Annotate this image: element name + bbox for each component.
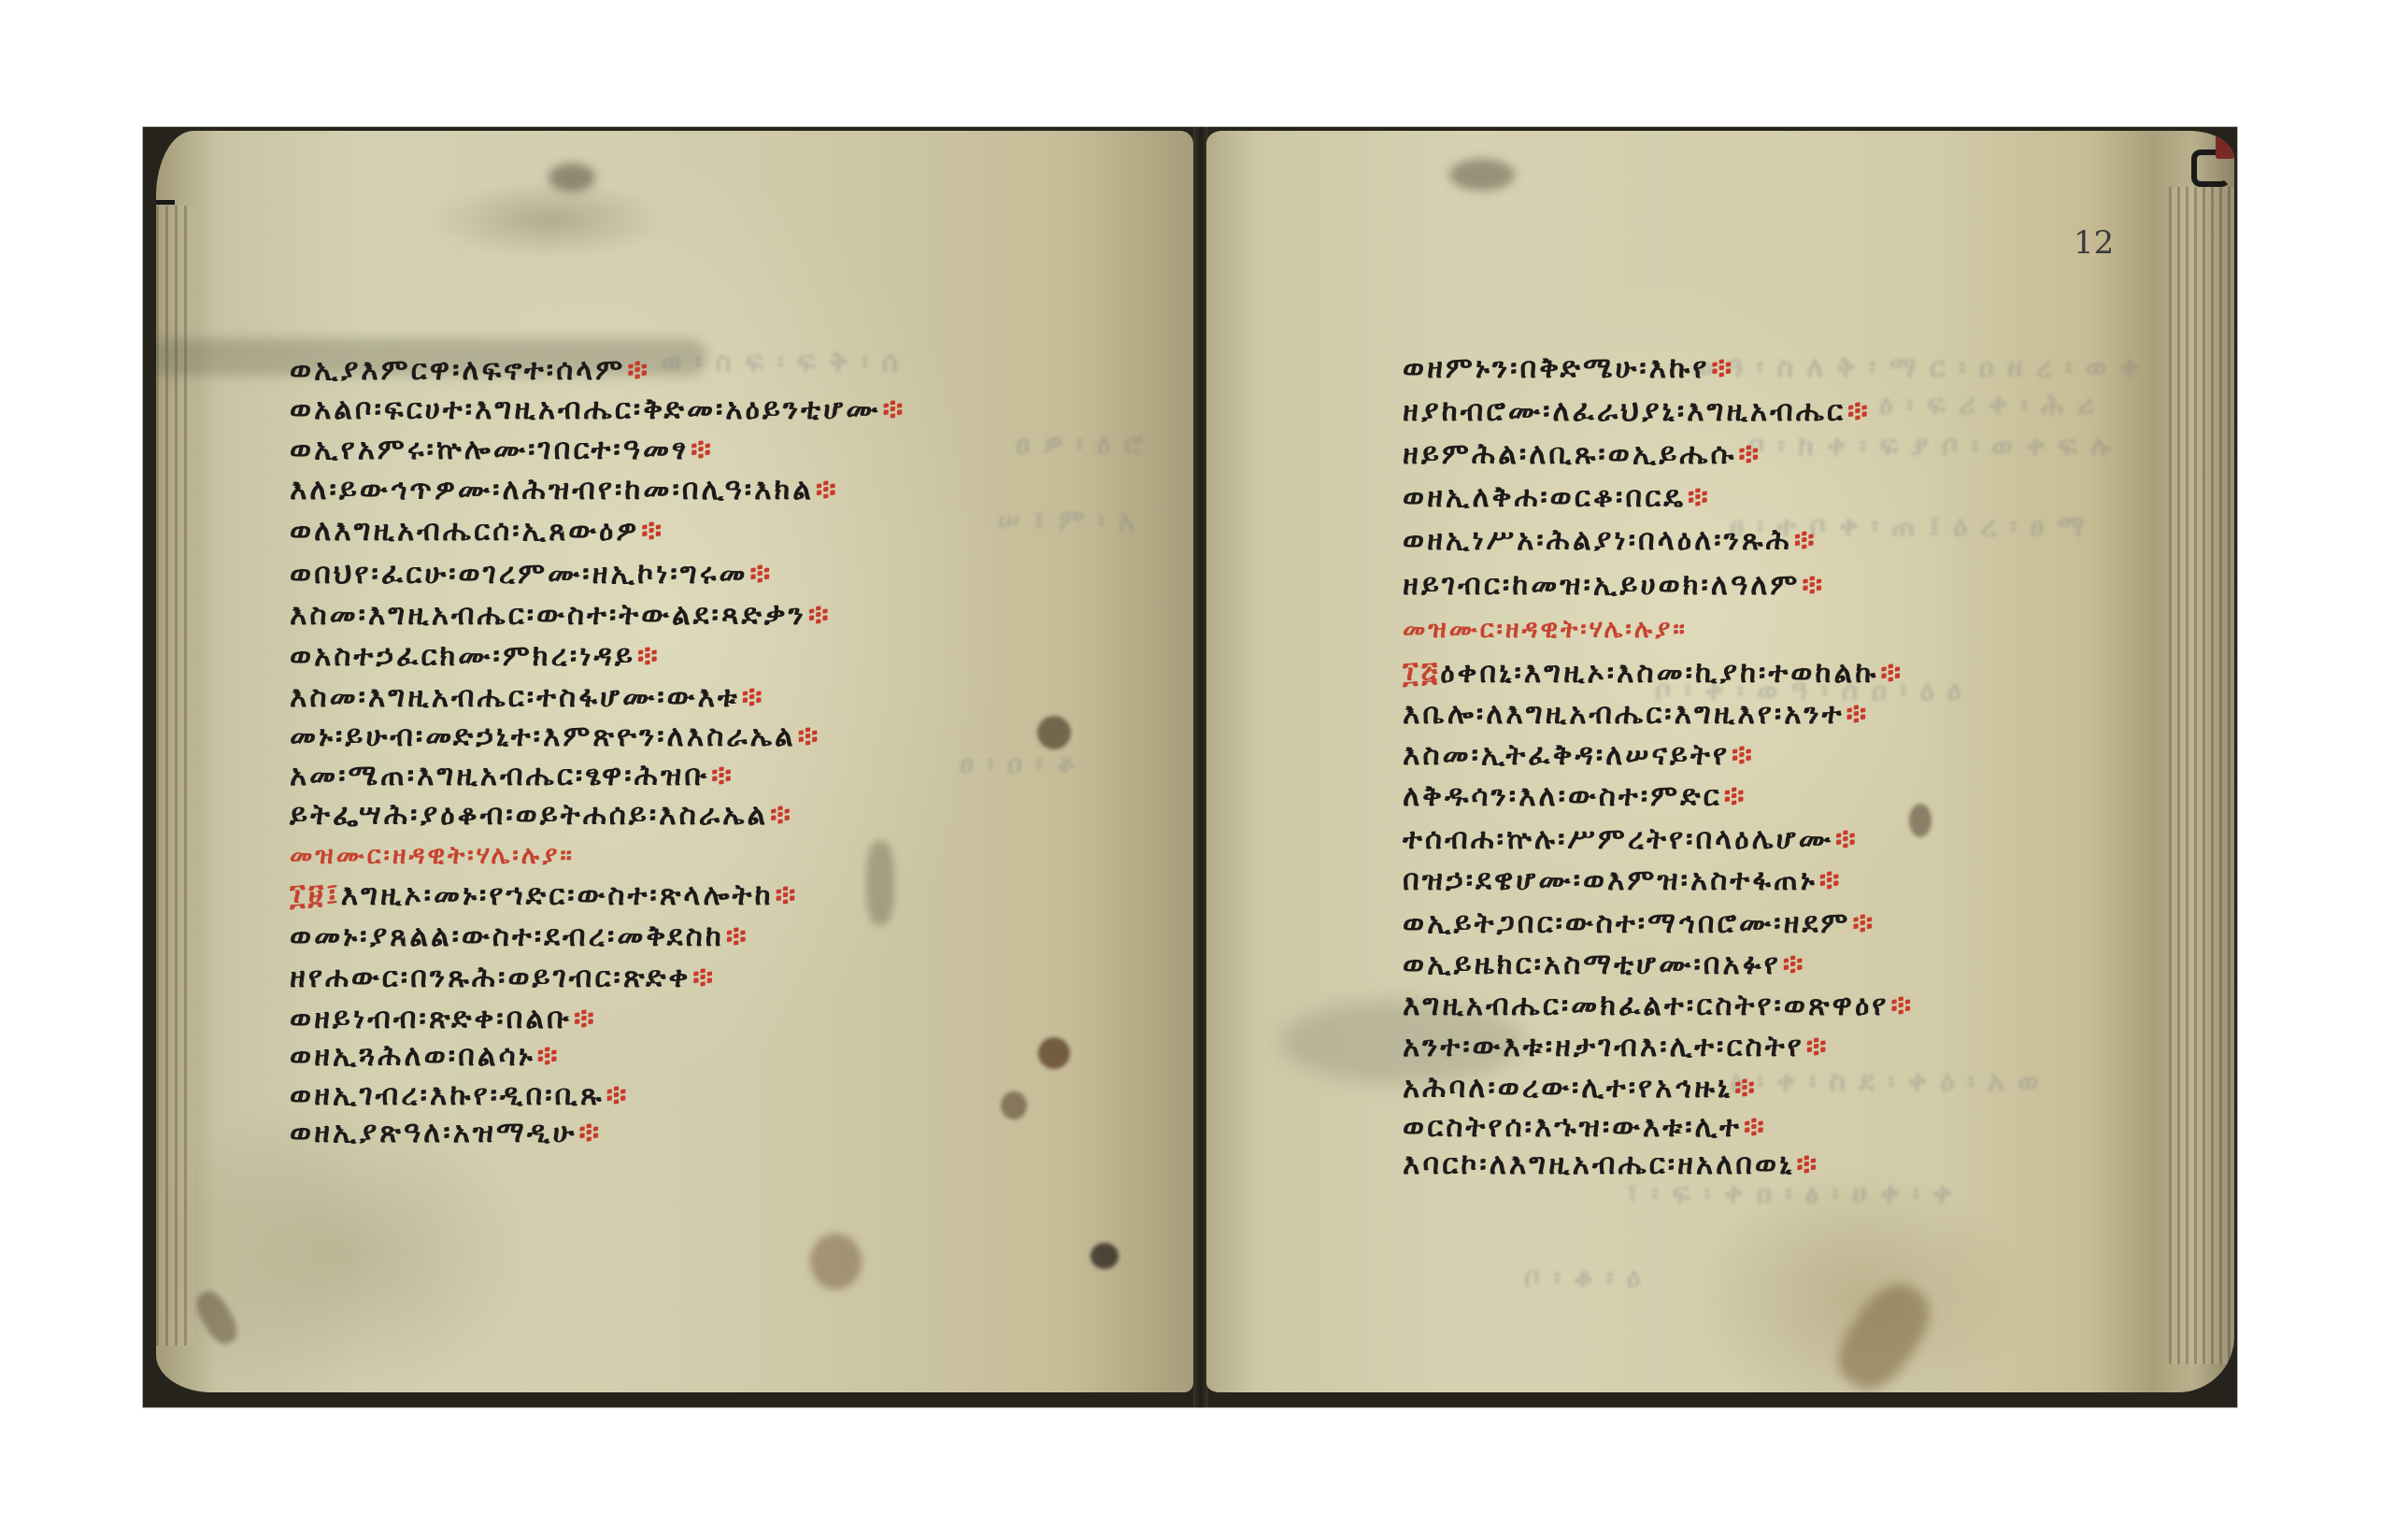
text-line: እቤሎ፡ለእግዚአብሔር፡እግዚእየ፡አንተ፨ <box>1403 697 1869 731</box>
verse-end-mark: ፨ <box>1806 1030 1830 1063</box>
verse-end-mark: ፨ <box>882 392 905 426</box>
brown-stain <box>1449 159 1515 191</box>
text-line: በዝኃ፡ደዌሆሙ፡ወእምዝ፡አስተፋጠኑ፨ <box>1403 863 1843 897</box>
text-line: ዘያከብሮሙ፡ለፈራህያኒ፡እግዚአብሔር፨ <box>1403 394 1871 428</box>
text-line: አመ፡ሜጠ፡እግዚአብሔር፡ፄዋ፡ሕዝቡ፨ <box>290 759 734 792</box>
text-line: ወዘኢነሥአ፡ሕልያነ፡በላዕለ፡ንጹሕ፨ <box>1403 523 1818 557</box>
verse-end-mark: ፨ <box>1732 738 1755 772</box>
verse-end-mark: ፨ <box>1794 523 1818 557</box>
manuscript-photo: ወ ፡ ስ ፍ ፡ ፍ ቅ ፡ ሰ ፀ ዎ ፡ ዕ ሮ ሠ ፣ ም ፡ አ ፀ … <box>143 127 2237 1407</box>
text-line: ወለእግዚአብሔርሰ፡ኢጸውዕዎ፨ <box>290 514 664 548</box>
bleed-through-text: ቦ ፡ ቆ ፡ ዕ <box>1524 1262 1642 1294</box>
text-line: ይትፌሣሕ፡ያዕቆብ፡ወይትሐሰይ፡እስራኤል፨ <box>290 798 793 832</box>
verse-end-mark: ፨ <box>537 1039 561 1073</box>
text-line: አንተ፡ውእቱ፡ዘታገብእ፡ሊተ፡ርስትየ፨ <box>1403 1030 1830 1063</box>
verse-end-mark: ፨ <box>1734 1071 1758 1105</box>
text-line: ወኢይዜክር፡አስማቲሆሙ፡በአፉየ፨ <box>1403 948 1806 981</box>
verse-end-mark: ፨ <box>1802 568 1825 602</box>
ink-spot <box>1001 1091 1027 1119</box>
verse-end-mark: ፨ <box>749 557 773 591</box>
bleed-through-text: ወ ፡ ስ ፍ ፡ ፍ ቅ ፡ ሰ <box>661 346 900 378</box>
text-line: ወዘምኑን፡በቅድሜሁ፡እኩየ፨ <box>1403 351 1734 385</box>
text-line: ወዘይነብብ፡ጽድቀ፡በልቡ፨ <box>290 1002 597 1035</box>
text-line: ወመኑ፡ያጸልል፡ውስተ፡ደብረ፡መቅደስከ፨ <box>290 920 749 953</box>
text-line: እለ፡ይውኅጥዎሙ፡ለሕዝብየ፡ከመ፡በሊዓ፡እክል፨ <box>290 473 839 506</box>
verse-end-mark: ፨ <box>574 1002 597 1035</box>
ink-spot <box>1038 1037 1070 1069</box>
left-page: ወ ፡ ስ ፍ ፡ ፍ ቅ ፡ ሰ ፀ ዎ ፡ ዕ ሮ ሠ ፣ ም ፡ አ ፀ … <box>156 131 1193 1392</box>
verse-end-mark: ፨ <box>606 1078 630 1112</box>
verse-end-mark: ፨ <box>578 1116 602 1149</box>
red-thread <box>2216 131 2234 159</box>
verse-end-mark: ፨ <box>627 353 650 387</box>
page-edge-texture <box>156 206 193 1346</box>
right-page: 12 ወ ዓ ፡ ስ ለ ቅ ፡ ማ ር ፡ ዐ ዘ ረ ፡ ወ ቀ ዕ ፡ ፍ… <box>1206 131 2234 1392</box>
rubric-heading: መዝሙር፡ዘዳዊት፡ሃሌ፡ሉያ። <box>290 839 575 873</box>
text-line: እስመ፡ኢትፈቅዳ፡ለሠናይትየ፨ <box>1403 738 1755 772</box>
verse-end-mark: ፨ <box>1847 394 1871 428</box>
verse-end-mark: ፨ <box>1880 656 1903 690</box>
bleed-through-text: ፅ ፡ ቀ ፡ ስ ደ ፡ ቀ ዕ ፡ አ ወ <box>1730 1065 2041 1098</box>
text-line: ተሰብሐ፡ኵሉ፡ሥምረትየ፡በላዕሌሆሙ፨ <box>1403 822 1859 856</box>
brown-stain <box>810 1233 862 1290</box>
verse-end-mark: ፨ <box>1890 989 1914 1022</box>
verse-end-mark: ፨ <box>770 798 793 832</box>
bleed-through-text: ፀ ዎ ፡ ዕ ሮ <box>1016 428 1145 461</box>
verse-end-mark: ፨ <box>1744 1110 1767 1144</box>
ink-spot <box>1909 804 1932 837</box>
verse-end-mark: ፨ <box>1724 779 1747 813</box>
binding-thread <box>156 200 175 210</box>
brown-stain <box>1825 1272 1943 1392</box>
bleed-through-text: ሠ ፣ ም ፡ አ <box>997 505 1136 537</box>
text-line: ዘይገብር፡ከመዝ፡ኢይሀወክ፡ለዓለም፨ <box>1403 568 1825 602</box>
verse-end-mark: ፨ <box>1738 437 1761 471</box>
verse-end-mark: ፨ <box>726 920 749 953</box>
text-line: ወአልቦ፡ፍርሀተ፡እግዚአብሔር፡ቅድመ፡አዕይንቲሆሙ፨ <box>290 392 905 426</box>
verse-end-mark: ፨ <box>1688 480 1711 514</box>
ink-spot <box>1091 1243 1119 1269</box>
text-line: ወዘኢያጽዓለ፡አዝማዲሁ፨ <box>290 1116 602 1149</box>
text-line: ፲፱፤እግዚኦ፡መኑ፡የኀድር፡ውስተ፡ጽላሎትከ፨ <box>290 878 798 912</box>
verse-end-mark: ፨ <box>1852 906 1875 940</box>
text-line: ወዘኢገብረ፡እኩየ፡ዲበ፡ቢጹ፨ <box>290 1078 629 1112</box>
verse-number: ፲፱፤ <box>290 878 341 912</box>
text-line: ወአስተኃፈርክሙ፡ምክረ፡ነዳይ፨ <box>290 639 661 673</box>
verse-end-mark: ፨ <box>1711 351 1734 385</box>
verse-end-mark: ፨ <box>1846 697 1870 731</box>
verse-end-mark: ፨ <box>711 759 734 792</box>
verse-end-mark: ፨ <box>637 639 661 673</box>
text-line: ወኢየአምሩ፡ኵሎሙ፡ገበርተ፡ዓመፃ፨ <box>290 433 714 466</box>
verse-end-mark: ፨ <box>776 878 799 912</box>
text-line: መኑ፡ይሁብ፡መድኃኒተ፡እምጽዮን፡ለእስራኤል፨ <box>290 720 820 753</box>
text-line: እስመ፡እግዚአብሔር፡ውስተ፡ትውልደ፡ጻድቃን፨ <box>290 598 832 632</box>
text-line: እስመ፡እግዚአብሔር፡ተስፋሆሙ፡ውእቱ፨ <box>290 680 765 714</box>
verse-end-mark: ፨ <box>692 961 716 994</box>
text-line: ወኢይትጋበር፡ውስተ፡ማኅበሮሙ፡ዘደም፨ <box>1403 906 1875 940</box>
ink-spot <box>1037 716 1071 749</box>
text-line: ወዘኢጓሕለወ፡በልሳኑ፨ <box>290 1039 561 1073</box>
verse-end-mark: ፨ <box>1835 822 1859 856</box>
brown-stain <box>191 1287 243 1349</box>
page-edge-texture <box>2169 187 2234 1364</box>
verse-end-mark: ፨ <box>1819 863 1843 897</box>
verse-end-mark: ፨ <box>641 514 664 548</box>
brown-stain <box>866 841 894 925</box>
verse-end-mark: ፨ <box>816 473 839 506</box>
text-line: እግዚአብሔር፡መክፈልተ፡ርስትየ፡ወጽዋዕየ፨ <box>1403 989 1914 1022</box>
text-line: ወበህየ፡ፈርሁ፡ወገረምሙ፡ዘኢኮነ፡ግሩመ፨ <box>290 557 773 591</box>
verse-end-mark: ፨ <box>1783 948 1806 981</box>
verse-end-mark: ፨ <box>808 598 832 632</box>
rubric-heading: መዝሙር፡ዘዳዊት፡ሃሌ፡ሉያ። <box>1403 613 1688 647</box>
text-line: ወዘኢለቅሐ፡ወርቆ፡በርዴ፨ <box>1403 480 1711 514</box>
verse-end-mark: ፨ <box>798 720 821 753</box>
text-line: እባርኮ፡ለእግዚአብሔር፡ዘአለበወኒ፨ <box>1403 1148 1819 1181</box>
text-line: ወርስትየሰ፡እኁዝ፡ውእቱ፡ሊተ፨ <box>1403 1110 1767 1144</box>
verse-end-mark: ፨ <box>691 433 714 466</box>
bleed-through-text: ቦ ፡ ከ ቀ ፡ ፍ ያ ቦ ፡ ወ ቀ ፍ ሉ <box>1748 430 2112 463</box>
verse-number: ፲፭ <box>1403 656 1440 690</box>
text-line: ዘይምሕል፡ለቢጹ፡ወኢይሔሱ፨ <box>1403 437 1761 471</box>
bleed-through-text: ፣ ፡ ፍ ፡ ቀ ዐ ፡ ፅ ፡ ሀ ቀ ፡ ቀ <box>1627 1177 1954 1210</box>
text-line: አሕባለ፡ወረው፡ሊተ፡የአኅዙኒ፨ <box>1403 1071 1758 1105</box>
folio-number: 12 <box>2074 224 2114 262</box>
verse-end-mark: ፨ <box>1796 1148 1819 1181</box>
text-line: ፲፭ዕቀበኒ፡እግዚኦ፡እስመ፡ኪያከ፡ተወከልኩ፨ <box>1403 656 1903 690</box>
brown-stain <box>549 164 595 192</box>
bleed-through-text: ዕ ፡ ፍ ሪ ቀ ፡ ሕ ሪ <box>1879 389 2096 421</box>
bleed-through-text: ወ ዓ ፡ ስ ለ ቅ ፡ ማ ር ፡ ዐ ዘ ረ ፡ ወ ቀ <box>1692 351 2141 384</box>
text-line: ወኢያእምርዋ፡ለፍኖተ፡ሰላም፨ <box>290 353 650 387</box>
bleed-through-text: ፀ ፡ ዐ ፡ ቆ <box>960 748 1077 780</box>
verse-end-mark: ፨ <box>742 680 765 714</box>
text-line: ለቅዱሳን፡እለ፡ውስተ፡ምድር፨ <box>1403 779 1747 813</box>
text-line: ዘየሐውር፡በንጹሕ፡ወይገብር፡ጽድቀ፨ <box>290 961 716 994</box>
